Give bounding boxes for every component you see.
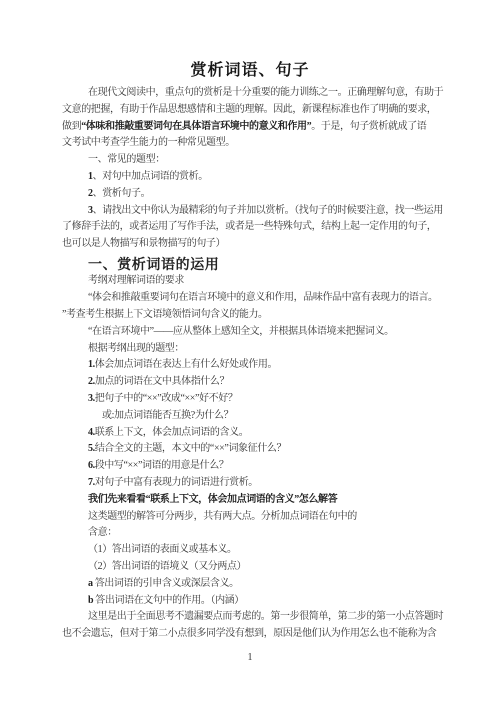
list-item-line: 3.把句子中的“××”改成“××”好不好？: [62, 391, 440, 408]
list-item-line: （1）答出词语的表面义或基本义。: [62, 542, 440, 559]
page-number: 1: [0, 651, 500, 665]
document-title: 赏析词语、句子: [0, 60, 500, 82]
list-item-line: （2）答出词语的语境义（又分两点）: [62, 559, 440, 576]
paragraph-line: “体会和推敲重要词句在语言环境中的意义和作用，品味作品中富有表现力的语言。: [62, 290, 440, 307]
list-item-line: 2.加点的词语在文中具体指什么？: [62, 374, 440, 391]
list-item-line: b 答出词语在文句中的作用。（内涵）: [62, 593, 440, 610]
list-item-line: 2、赏析句子。: [62, 186, 440, 203]
document-page: 赏析词语、句子 在现代文阅读中，重点句的赏析是十分重要的能力训练之一。正确理解句…: [0, 0, 500, 708]
list-header-line: 根据考纲出现的题型：: [62, 341, 440, 358]
list-header-line: 一、常见的题型：: [62, 152, 440, 169]
paragraph-line: 做到“体味和推敲重要词句在具体语言环境中的意义和作用”。于是，句子赏析就成了语: [62, 119, 440, 136]
document-body: 在现代文阅读中，重点句的赏析是十分重要的能力训练之一。正确理解句意，有助于文意的…: [62, 85, 440, 643]
paragraph-line: 也不会遗忘，但对于第二小点很多同学没有想到，原因是他们认为作用怎么也不能称为含: [62, 626, 440, 643]
paragraph-line: 考纲对理解词语的要求: [62, 273, 440, 290]
list-item-line: 5.结合全文的主题，本文中的“××”词象征什么？: [62, 441, 440, 458]
paragraph-line: 这里是出于全面思考不遗漏要点而考虑的。第一步很简单，第二步的第一小点答题时: [62, 609, 440, 626]
paragraph-line: “在语言环境中”——应从整体上感知全文，并根据具体语境来把握词义。: [62, 324, 440, 341]
paragraph-line: 这类题型的解答可分两步，共有两大点。分析加点词语在句中的: [62, 509, 440, 526]
paragraph-line: 了修辞手法的，或者运用了写作手法，或者是一些特殊句式，结构上起一定作用的句子，: [62, 219, 440, 236]
list-item-line: 1、对句中加点词语的赏析。: [62, 169, 440, 186]
paragraph-line: 在现代文阅读中，重点句的赏析是十分重要的能力训练之一。正确理解句意，有助于: [62, 85, 440, 102]
list-item-line: 1.体会加点词语在表达上有什么好处或作用。: [62, 357, 440, 374]
list-item-line: a 答出词语的引申含义或深层含义。: [62, 576, 440, 593]
list-item-line: 6.段中写“××”词语的用意是什么？: [62, 458, 440, 475]
paragraph-line: 含意：: [62, 525, 440, 542]
paragraph-line: ”考查考生根据上下文语境领悟词句含义的能力。: [62, 307, 440, 324]
list-item-line: 3、请找出文中你认为最精彩的句子并加以赏析。（找句子的时候要注意，找一些运用: [62, 203, 440, 220]
list-item-line: 4.联系上下文，体会加点词语的含义。: [62, 425, 440, 442]
paragraph-line: 文考试中考查学生能力的一种常见题型。: [62, 135, 440, 152]
bold-lead-in-line: 我们先来看看“联系上下文，体会加点词语的含义”怎么解答: [62, 492, 440, 509]
list-item-line: 7.对句子中富有表现力的词语进行赏析。: [62, 475, 440, 492]
section-heading: 一、赏析词语的运用: [62, 255, 440, 274]
paragraph-line: 也可以是人物描写和景物描写的句子）: [62, 236, 440, 253]
list-item-line: 或:加点词语能否互换?为什么？: [62, 408, 440, 425]
paragraph-line: 文意的把握，有助于作品思想感情和主题的理解。因此，新课程标准也作了明确的要求，: [62, 102, 440, 119]
